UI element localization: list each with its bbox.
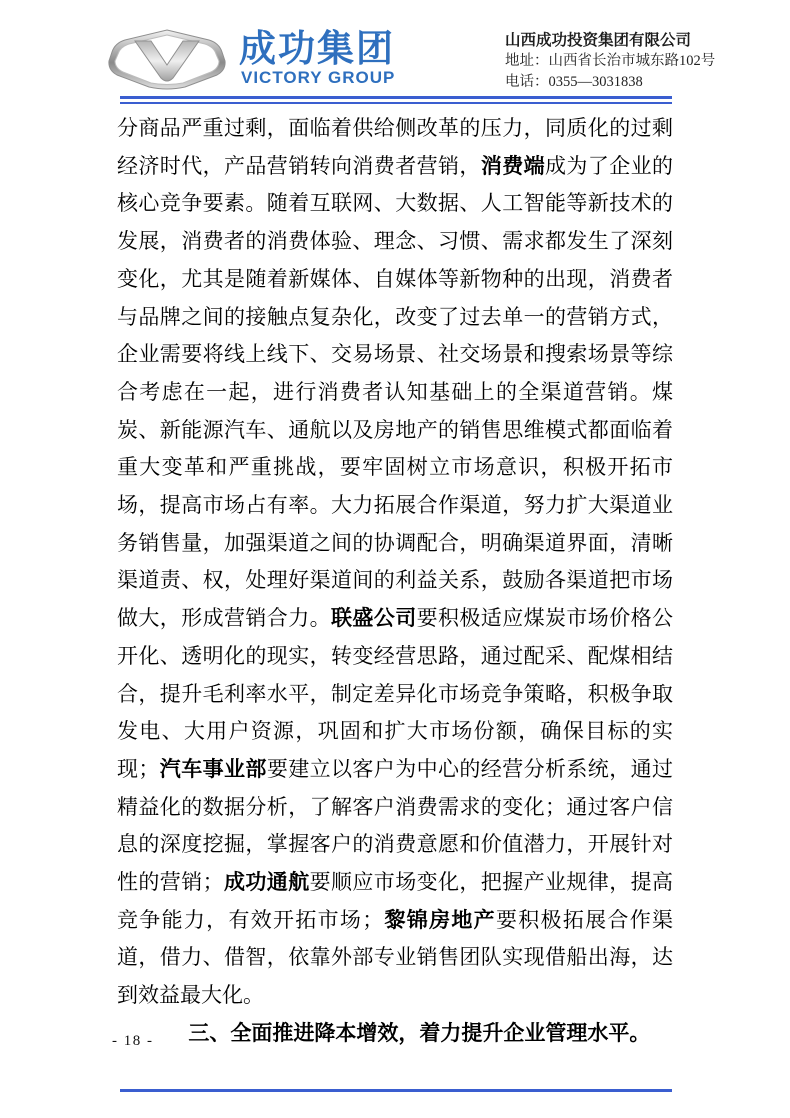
bold-term: 黎锦房地产 — [383, 908, 496, 932]
v-badge-icon — [101, 28, 233, 90]
section-heading: 三、全面推进降本增效，着力提升企业管理水平。 — [117, 1015, 673, 1053]
header-rule — [120, 96, 672, 104]
footer-rule — [120, 1089, 672, 1092]
page-number: - 18 - — [112, 1033, 154, 1050]
company-info: 山西成功投资集团有限公司 地址：山西省长治市城东路102号 电话：0355—30… — [505, 30, 715, 93]
bold-term: 汽车事业部 — [159, 757, 266, 781]
bold-term: 消费端 — [481, 154, 545, 178]
bold-term: 成功通航 — [224, 870, 310, 894]
text-run: 要积极适应煤炭市场价格公开化、透明化的现实，转变经营思路，通过配采、配煤相结合，… — [117, 606, 673, 781]
company-name: 山西成功投资集团有限公司 — [505, 30, 715, 51]
document-body: 分商品严重过剩，面临着供给侧改革的压力，同质化的过剩经济时代，产品营销转向消费者… — [117, 110, 673, 1053]
brand-name-cn: 成功集团 — [239, 30, 395, 67]
body-paragraph: 分商品严重过剩，面临着供给侧改革的压力，同质化的过剩经济时代，产品营销转向消费者… — [117, 110, 673, 1015]
text-run: 成为了企业的核心竞争要素。随着互联网、大数据、人工智能等新技术的发展，消费者的消… — [117, 154, 673, 630]
bold-term: 联盛公司 — [331, 606, 417, 630]
document-page: 成功集团 VICTORY GROUP 山西成功投资集团有限公司 地址：山西省长治… — [0, 0, 790, 1118]
company-address: 地址：山西省长治市城东路102号 — [505, 51, 715, 72]
brand-name-en: VICTORY GROUP — [241, 69, 395, 86]
company-phone: 电话：0355—3031838 — [505, 72, 715, 93]
